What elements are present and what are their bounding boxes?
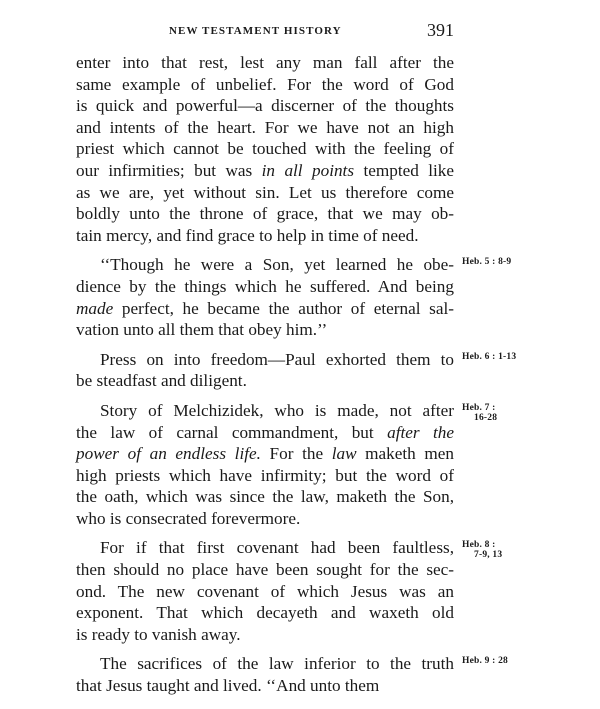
paragraph: Heb. 9 : 28 The sacrifices of the law in… (76, 653, 454, 696)
paragraph: Heb. 6 : 1-13 Press on into freedom—Paul… (76, 349, 454, 392)
paragraph: Heb. 8 :7-9, 13 For if that first covena… (76, 537, 454, 645)
text-line: the law of carnal commandment, but after… (76, 422, 454, 444)
italic-emphasis: in all points (262, 161, 354, 180)
italic-emphasis: made (76, 299, 113, 318)
text-line: exponent. That which decayeth and waxeth… (76, 602, 454, 624)
text-line: priest which cannot be touched with the … (76, 138, 454, 160)
text-line: vation unto all them that obey him.’’ (76, 319, 454, 341)
text-line: ‘‘Though he were a Son, yet learned he o… (76, 254, 454, 276)
text-line: For if that first covenant had been faul… (76, 537, 454, 559)
paragraph: Heb. 7 :16-28 Story of Melchizidek, who … (76, 400, 454, 530)
margin-reference: Heb. 6 : 1-13 (462, 352, 516, 362)
text-line: dience by the things which he suffered. … (76, 276, 454, 298)
text-line: enter into that rest, lest any man fall … (76, 52, 454, 74)
text-line: power of an endless life. For the law ma… (76, 443, 454, 465)
paragraph: enter into that rest, lest any man fall … (76, 52, 454, 246)
paragraph: Heb. 5 : 8-9 ‘‘Though he were a Son, yet… (76, 254, 454, 340)
text-line: and intents of the heart. For we have no… (76, 117, 454, 139)
italic-emphasis: after the (387, 423, 454, 442)
running-head: NEW TESTAMENT HISTORY 391 (76, 20, 454, 42)
text-line: same example of unbelief. For the word o… (76, 74, 454, 96)
text-line: Story of Melchizidek, who is made, not a… (76, 400, 454, 422)
text-line: is ready to vanish away. (76, 624, 454, 646)
text-line: The sacrifices of the law inferior to th… (76, 653, 454, 675)
text-line: then should no place have been sought fo… (76, 559, 454, 581)
text-line: ond. The new covenant of which Jesus was… (76, 581, 454, 603)
margin-reference: Heb. 9 : 28 (462, 656, 508, 666)
text-line: the oath, which was since the law, maket… (76, 486, 454, 508)
text-line: is quick and powerful—a discerner of the… (76, 95, 454, 117)
running-title: NEW TESTAMENT HISTORY (169, 25, 342, 37)
margin-reference: Heb. 7 :16-28 (462, 403, 497, 423)
page-number: 391 (427, 20, 454, 41)
margin-reference: Heb. 8 :7-9, 13 (462, 540, 502, 560)
text-line: made perfect, he became the author of et… (76, 298, 454, 320)
text-line: be steadfast and diligent. (76, 370, 454, 392)
italic-emphasis: power of an endless life. (76, 444, 261, 463)
text-line: Press on into freedom—Paul exhorted them… (76, 349, 454, 371)
text-line: who is consecrated forevermore. (76, 508, 454, 530)
body-text: enter into that rest, lest any man fall … (76, 52, 454, 705)
italic-emphasis: law (332, 444, 357, 463)
text-line: tain mercy, and find grace to help in ti… (76, 225, 454, 247)
text-line: that Jesus taught and lived. ‘‘And unto … (76, 675, 454, 697)
text-line: high priests which have infirmity; but t… (76, 465, 454, 487)
text-line: as we are, yet without sin. Let us there… (76, 182, 454, 204)
text-line: our infirmities; but was in all points t… (76, 160, 454, 182)
text-line: boldly unto the throne of grace, that we… (76, 203, 454, 225)
margin-reference: Heb. 5 : 8-9 (462, 257, 511, 267)
book-page: NEW TESTAMENT HISTORY 391 enter into tha… (0, 0, 600, 709)
